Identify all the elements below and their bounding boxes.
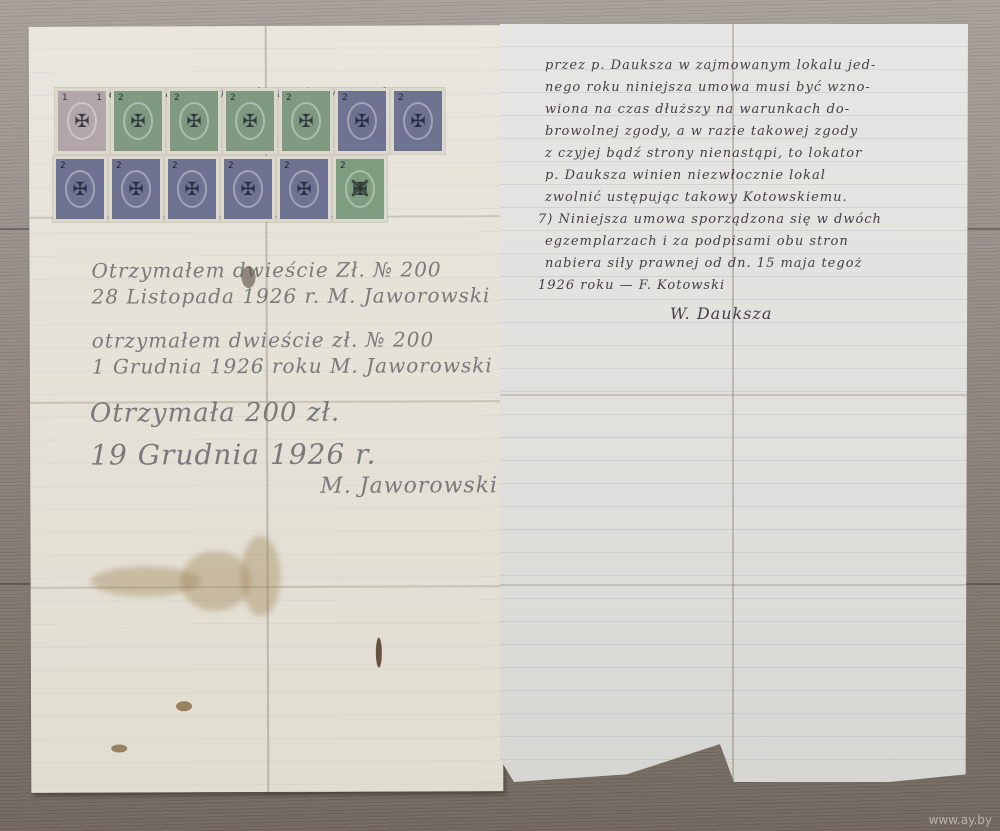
eagle-emblem-icon: ✠ (67, 102, 97, 140)
eagle-emblem-icon: ✠ (65, 170, 95, 208)
contract-line-10: nabiera siły prawnej od dn. 15 maja tego… (545, 256, 862, 271)
revenue-stamp: 2✠ (277, 156, 331, 222)
revenue-stamp: 2✠ (279, 88, 333, 154)
revenue-stamp: 2✠ (111, 88, 165, 154)
revenue-stamp: 2✠ (223, 88, 277, 154)
horizontal-fold (500, 394, 968, 396)
eagle-emblem-icon: ✠ (347, 102, 377, 140)
eagle-emblem-icon: ✠ (177, 170, 207, 208)
eagle-emblem-icon: ✠ (121, 170, 151, 208)
stamp-value: 2 (284, 161, 290, 171)
eagle-emblem-icon: ✠ (233, 170, 263, 208)
stamp-value: 1 (62, 93, 68, 103)
contract-line-7: zwolnić ustępując takowy Kotowskiemu. (545, 190, 848, 205)
eagle-emblem-icon: ✠ (289, 170, 319, 208)
contract-line-4: browolnej zgody, a w razie takowej zgody (545, 124, 858, 139)
receipt-2-line-2: 1 Grudnia 1926 roku M. Jaworowski (92, 353, 493, 378)
stamp-value: 2 (174, 93, 180, 103)
receipt-2-line-1: otrzymałem dwieście zł. № 200 (92, 327, 435, 352)
horizontal-fold (500, 584, 968, 586)
ink-blot (176, 701, 192, 711)
receipt-3-line-2: 19 Grudnia 1926 r. (90, 438, 376, 472)
stamp-value: 2 (228, 161, 234, 171)
contract-line-5: z czyjej bądź strony nienastąpi, to loka… (545, 146, 862, 161)
signature: W. Dauksza (670, 304, 772, 323)
eagle-emblem-icon: ✠ (179, 102, 209, 140)
right-document-sheet: przez p. Dauksza w zajmowanym lokalu jed… (500, 24, 968, 782)
stamp-row-1: 11✠ 2✠ 2✠ 2✠ 2✠ 2✠ 2✠ (55, 88, 465, 154)
eagle-emblem-icon: ✠ (123, 102, 153, 140)
revenue-stamp-cancelled: 2✠✕ (333, 156, 387, 222)
receipt-1-line-1: Otrzymałem dwieście Zł. № 200 (91, 257, 441, 282)
stamp-value: 2 (230, 93, 236, 103)
water-stain (240, 536, 280, 616)
eagle-emblem-icon: ✠ (235, 102, 265, 140)
revenue-stamp: 2✠ (391, 88, 445, 154)
stamp-value: 2 (60, 161, 66, 171)
contract-line-8: 7) Niniejsza umowa sporządzona się w dwó… (538, 212, 882, 227)
stamp-value: 2 (340, 161, 346, 171)
ink-blot (111, 744, 127, 752)
revenue-stamp: 2✠ (167, 88, 221, 154)
stamp-row-2: 2✠ 2✠ 2✠ 2✠ 2✠ 2✠✕ (53, 156, 465, 222)
receipt-1-line-2: 28 Listopada 1926 r. M. Jaworowski (92, 283, 491, 308)
revenue-stamp: 11✠ (55, 88, 109, 154)
receipt-3-signature: M. Jaworowski (320, 473, 498, 499)
stamp-value: 2 (342, 93, 348, 103)
eagle-emblem-icon: ✠ (403, 102, 433, 140)
cancel-mark-icon: ✕ (347, 172, 372, 207)
revenue-stamp: 2✠ (221, 156, 275, 222)
stamp-value: 2 (286, 93, 292, 103)
contract-line-3: wiona na czas dłuższy na warunkach do- (545, 102, 850, 117)
stamp-value: 2 (172, 161, 178, 171)
revenue-stamps: 11✠ 2✠ 2✠ 2✠ 2✠ 2✠ 2✠ 2✠ 2✠ 2✠ 2✠ 2✠ 2✠✕ (55, 88, 465, 224)
stamp-value: 2 (116, 161, 122, 171)
contract-line-11: 1926 roku — F. Kotowski (538, 278, 725, 293)
revenue-stamp: 2✠ (165, 156, 219, 222)
stamp-value: 2 (398, 93, 404, 103)
stamp-value: 2 (118, 93, 124, 103)
revenue-stamp: 2✠ (53, 156, 107, 222)
contract-line-6: p. Dauksza winien niezwłocznie lokal (545, 168, 826, 183)
stamp-value: 1 (96, 93, 102, 103)
revenue-stamp: 2✠ (109, 156, 163, 222)
eagle-emblem-icon: ✠ (291, 102, 321, 140)
contract-line-9: egzemplarzach i za podpisami obu stron (545, 234, 849, 249)
watermark: www.ay.by (929, 813, 992, 827)
ink-blot (376, 638, 382, 668)
revenue-stamp: 2✠ (335, 88, 389, 154)
contract-line-2: nego roku niniejsza umowa musi być wzno- (545, 80, 871, 95)
receipt-3-line-1: Otrzymała 200 zł. (90, 398, 340, 429)
contract-line-1: przez p. Dauksza w zajmowanym lokalu jed… (545, 58, 876, 73)
